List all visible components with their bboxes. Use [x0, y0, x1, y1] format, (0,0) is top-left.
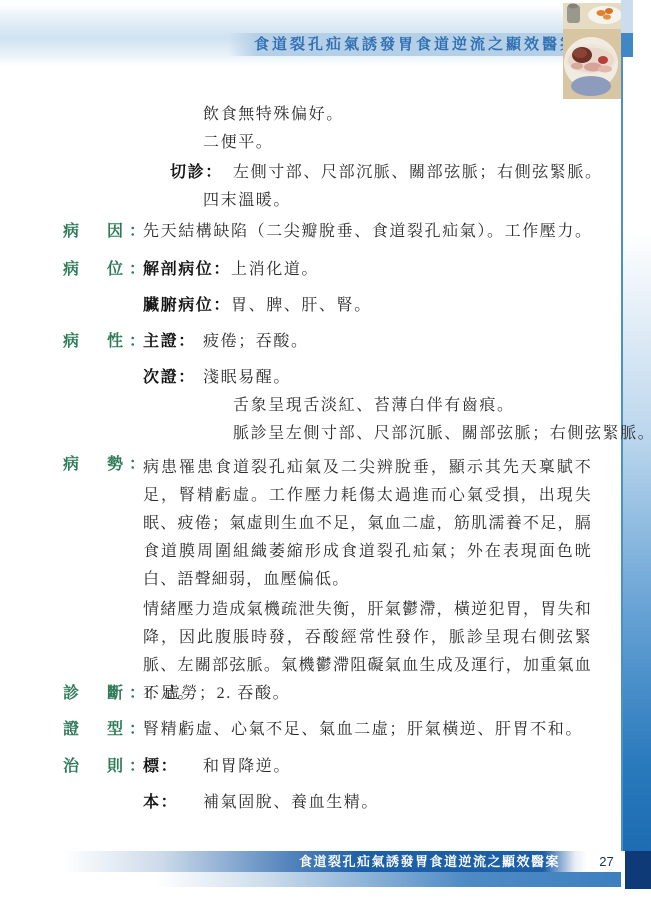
text-organ-location: 胃、脾、肝、腎。 [231, 297, 372, 314]
row-location-anatomy: 解剖病位：上消化道。 [143, 259, 319, 281]
footer-title: 食道裂孔疝氣誘發胃食道逆流之顯效醫案 [299, 851, 560, 872]
label-nature: 病 性： [63, 331, 151, 353]
row-location-organs: 臟腑病位：胃、脾、肝、腎。 [143, 295, 372, 317]
footer-lower-strip [0, 872, 621, 887]
label-main-symptom: 主證： [143, 331, 203, 353]
paragraph-trend-1: 病患罹患食道裂孔疝氣及二尖辨脫垂，顯示其先天稟賦不足，腎精虧虛。工作壓力耗傷太過… [143, 454, 592, 594]
header-stripe-medium [621, 33, 633, 57]
label-secondary-symptom: 次證： [143, 367, 203, 389]
text-principle-biao: 和胃降逆。 [203, 758, 291, 775]
label-palpation: 切診： [170, 162, 233, 184]
text-pulse: 脈診呈左側寸部、尺部沉脈、關部弦脈；右側弦緊脈。 [233, 423, 651, 445]
text-secondary-symptom: 淺眠易醒。 [203, 369, 291, 386]
text-limbs: 四末溫暖。 [203, 190, 291, 212]
label-cause: 病 因： [63, 221, 151, 243]
row-secondary-symptom: 次證：淺眠易醒。 [143, 367, 291, 389]
page-number: 27 [588, 851, 625, 872]
label-trend: 病 勢： [63, 454, 151, 476]
label-organ-location: 臟腑病位： [143, 295, 231, 317]
text-pattern: 腎精虧虛、心氣不足、氣血二虛；肝氣橫逆、肝胃不和。 [143, 719, 583, 741]
label-pattern: 證 型： [63, 719, 151, 741]
text-diagnosis: 1. 虛勞；2. 吞酸。 [143, 683, 290, 705]
text-diet: 飲食無特殊偏好。 [203, 104, 344, 126]
document-page: 食道裂孔疝氣誘發胃食道逆流之顯效醫案 飲食無特殊偏好。 二便平。 切診：左側寸部… [0, 0, 651, 900]
row-main-symptom: 主證：疲倦；吞酸。 [143, 331, 309, 353]
text-bowel: 二便平。 [203, 132, 273, 154]
text-main-symptom: 疲倦；吞酸。 [203, 333, 309, 350]
row-palpation: 切診：左側寸部、尺部沉脈、關部弦脈；右側弦緊脈。 [170, 162, 603, 184]
text-anatomical-location: 上消化道。 [231, 261, 319, 278]
label-anatomical-location: 解剖病位： [143, 259, 231, 281]
text-palpation: 左側寸部、尺部沉脈、關部弦脈；右側弦緊脈。 [233, 164, 603, 181]
text-cause: 先天結構缺陷（二尖瓣脫垂、食道裂孔疝氣）。工作壓力。 [143, 221, 593, 243]
soup-bowl-photo [563, 3, 621, 99]
header-stripe-light [621, 0, 633, 33]
row-principle-ben: 本：補氣固脫、養血生精。 [143, 792, 379, 814]
label-location: 病 位： [63, 259, 151, 281]
text-tongue: 舌象呈現舌淡紅、苔薄白伴有齒痕。 [233, 395, 515, 417]
label-diagnosis: 診 斷： [63, 683, 151, 705]
text-principle-ben: 補氣固脫、養血生精。 [203, 794, 379, 811]
label-principle-biao: 標： [143, 756, 203, 778]
row-principle-biao: 標：和胃降逆。 [143, 756, 291, 778]
label-principle: 治 則： [63, 756, 151, 778]
footer-navy-block [625, 851, 651, 889]
page-title: 食道裂孔疝氣誘發胃食道逆流之顯效醫案 [254, 34, 578, 56]
label-principle-ben: 本： [143, 792, 203, 814]
